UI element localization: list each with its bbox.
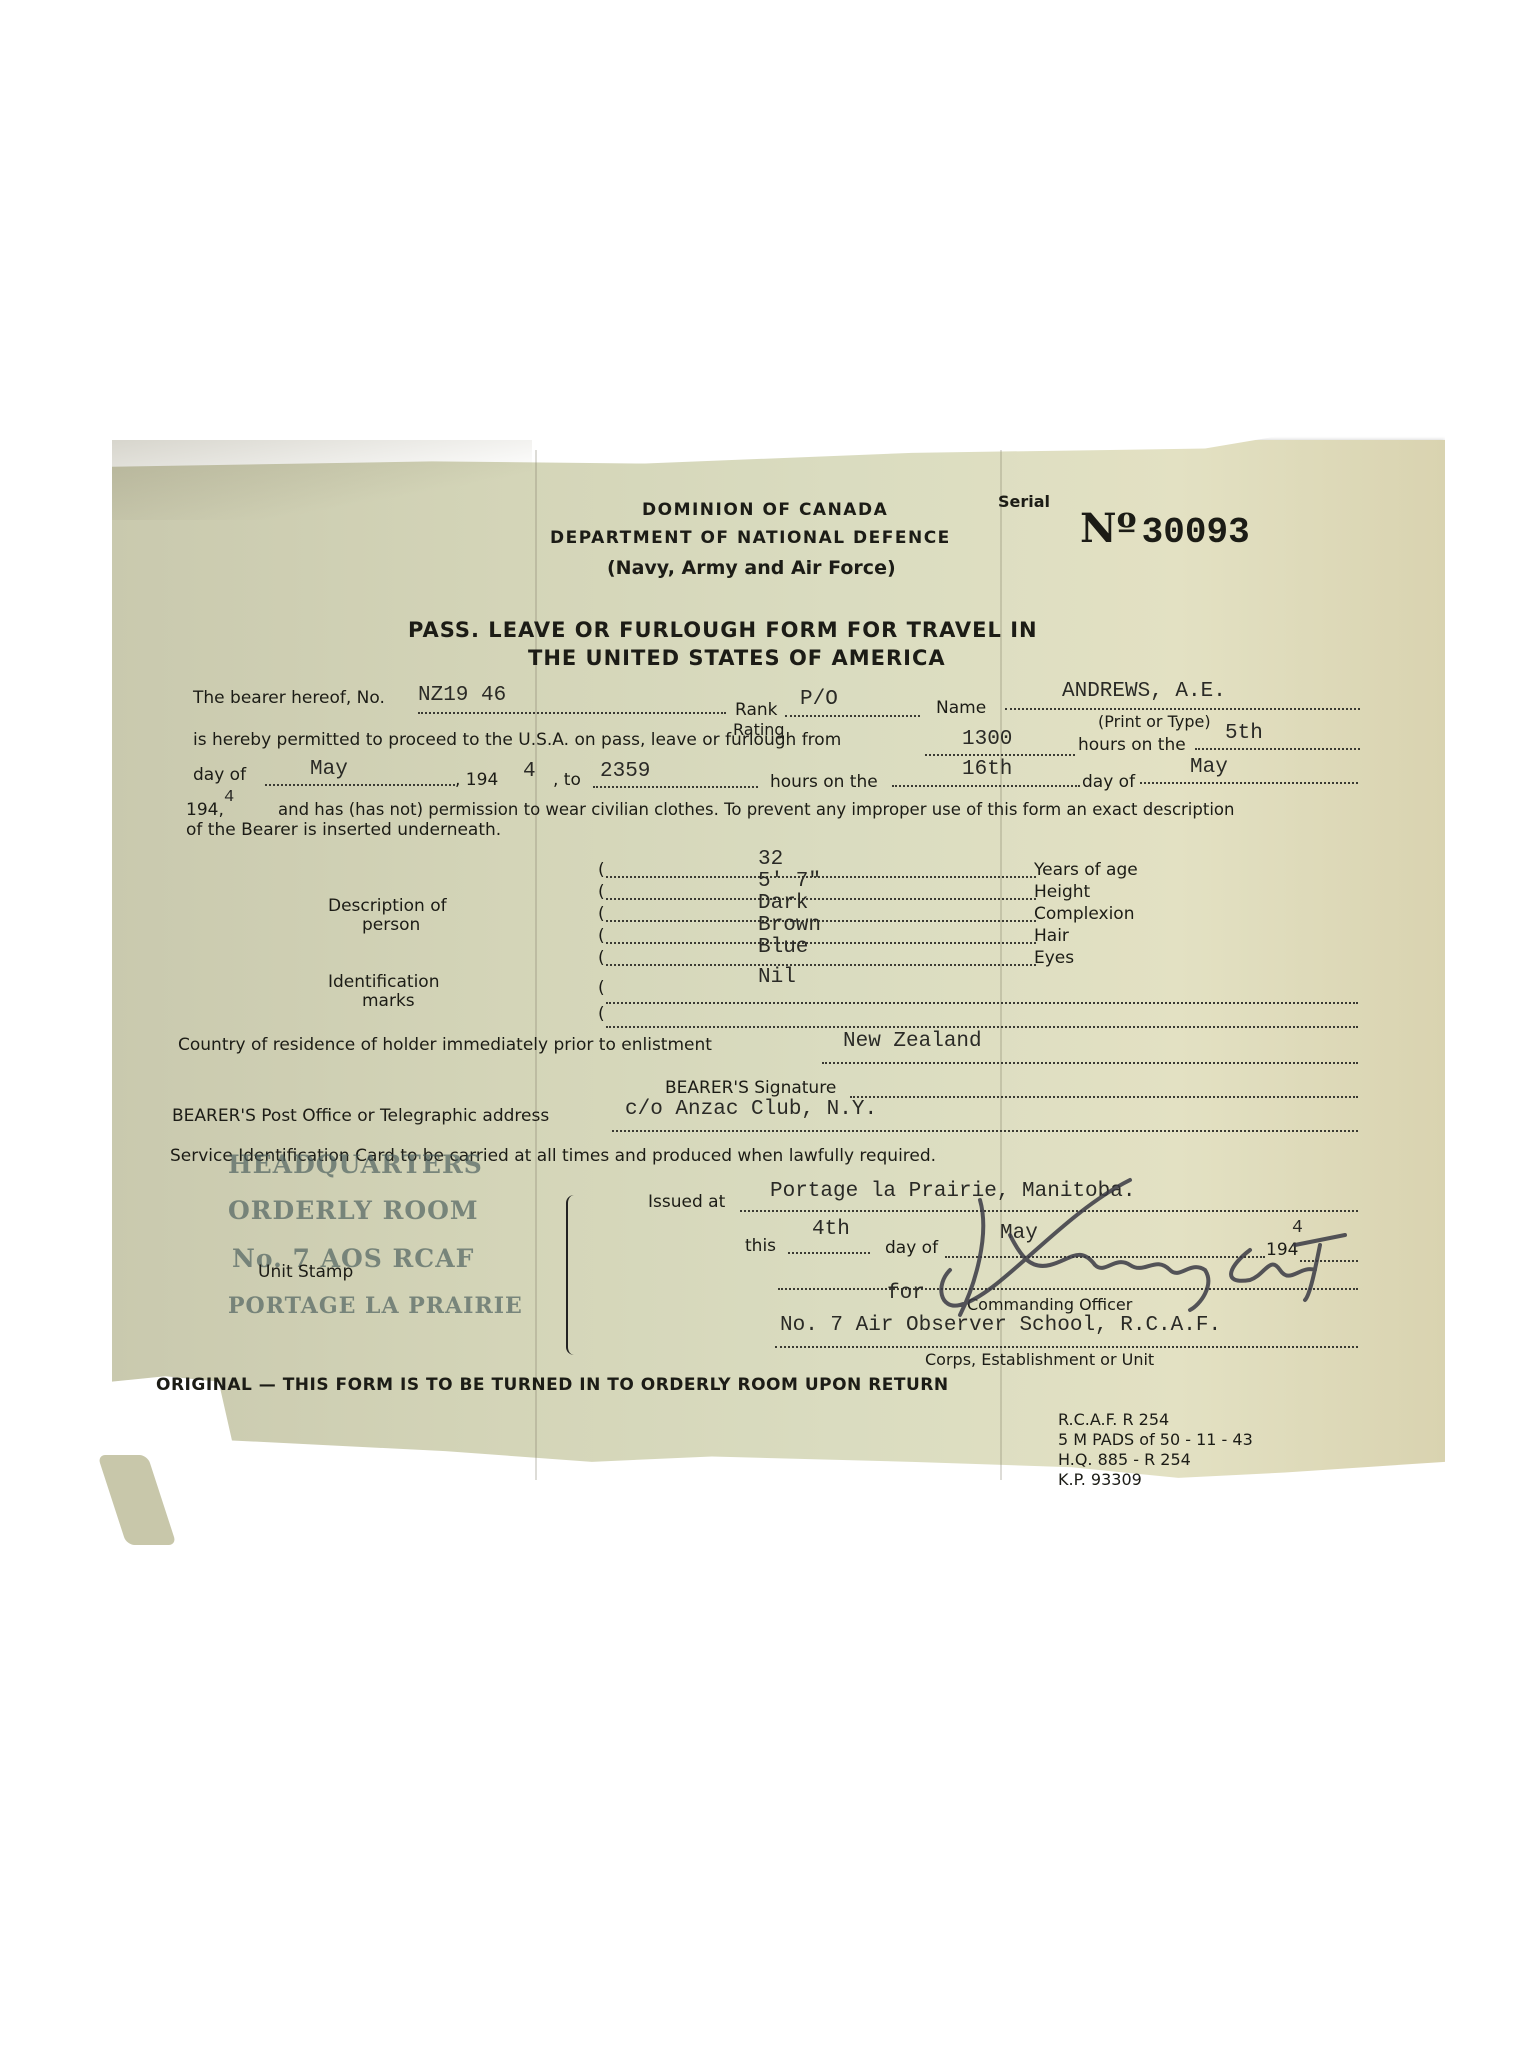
hair-value: Brown <box>758 914 821 937</box>
form-code: K.P. 93309 <box>1058 1470 1253 1490</box>
form-title-line1: PASS. LEAVE OR FURLOUGH FORM FOR TRAVEL … <box>408 618 1038 642</box>
bearer-inserted-text: of the Bearer is inserted underneath. <box>186 820 501 840</box>
stamp-bracket <box>566 1195 580 1355</box>
bearer-signature-label: BEARER'S Signature <box>665 1078 836 1098</box>
header-dominion: DOMINION OF CANADA <box>642 500 888 520</box>
name-value: ANDREWS, A.E. <box>1062 680 1226 703</box>
serial-number-block: Nº 30093 <box>1080 505 1250 553</box>
issue-day-value: 4th <box>812 1218 850 1241</box>
id-marks-label-1: Identification <box>328 972 439 992</box>
hair-label: Hair <box>1034 926 1069 946</box>
bearer-no-label: The bearer hereof, No. <box>193 688 385 708</box>
id-marks-value: Nil <box>758 966 796 989</box>
year-prefix: , 194 <box>455 770 498 790</box>
civilian-clothes-text: and has (has not) permission to wear civ… <box>278 800 1234 819</box>
day-of-label-2: day of <box>1082 772 1135 792</box>
height-value: 5' 7" <box>758 870 821 893</box>
stamp-line1: HEADQUARTERS <box>228 1150 483 1179</box>
to-month: May <box>1190 756 1228 779</box>
torn-corner <box>97 1455 176 1545</box>
issued-at-label: Issued at <box>648 1192 725 1212</box>
eyes-value: Blue <box>758 936 808 959</box>
form-codes: R.C.A.F. R 254 5 M PADS of 50 - 11 - 43 … <box>1058 1410 1253 1490</box>
description-label-2: person <box>362 915 420 935</box>
to-year-digit: 4 <box>224 788 234 807</box>
id-marks-line-2 <box>606 1026 1358 1028</box>
name-label: Name <box>936 698 986 718</box>
bearer-no-value: NZ19 46 <box>418 684 506 707</box>
form-title-line2: THE UNITED STATES OF AMERICA <box>528 646 946 670</box>
from-hours: 1300 <box>962 728 1012 751</box>
to-day: 16th <box>962 758 1012 781</box>
from-hours-line <box>925 754 1075 756</box>
to-month-line <box>1140 782 1358 784</box>
serial-label: Serial <box>998 492 1050 511</box>
this-label: this <box>745 1236 776 1256</box>
name-line <box>1005 708 1360 710</box>
eyes-label: Eyes <box>1034 948 1074 968</box>
form-code: H.Q. 885 - R 254 <box>1058 1450 1253 1470</box>
address-line <box>612 1130 1358 1132</box>
header-department: DEPARTMENT OF NATIONAL DEFENCE <box>550 528 951 548</box>
stamp-line2: ORDERLY ROOM <box>228 1196 479 1225</box>
serial-number: 30093 <box>1142 512 1250 553</box>
bearer-signature-line <box>850 1096 1358 1098</box>
to-hours-line <box>593 786 758 788</box>
rank-line <box>785 715 920 717</box>
address-value: c/o Anzac Club, N.Y. <box>625 1098 877 1121</box>
id-marks-line <box>606 1002 1358 1004</box>
fold-line <box>535 450 537 1480</box>
to-hours: 2359 <box>600 760 650 783</box>
number-sign: Nº <box>1080 505 1137 552</box>
issue-day-line <box>788 1252 870 1254</box>
unit-stamp-label: Unit Stamp <box>258 1262 353 1282</box>
unit-label: Corps, Establishment or Unit <box>925 1350 1154 1369</box>
from-day: 5th <box>1225 722 1263 745</box>
year-prefix-2: 194, <box>186 800 224 820</box>
id-marks-label-2: marks <box>362 991 415 1011</box>
header-services: (Navy, Army and Air Force) <box>607 557 896 579</box>
form-code: R.C.A.F. R 254 <box>1058 1410 1253 1430</box>
return-notice: ORIGINAL — THIS FORM IS TO BE TURNED IN … <box>156 1375 949 1395</box>
description-label-1: Description of <box>328 896 447 916</box>
from-year-digit: 4 <box>523 760 536 783</box>
residence-line <box>822 1062 1358 1064</box>
permission-text: is hereby permitted to proceed to the U.… <box>193 730 841 750</box>
complexion-label: Complexion <box>1034 904 1134 924</box>
bearer-no-line <box>418 712 726 714</box>
complexion-value: Dark <box>758 892 808 915</box>
stamp-line4: PORTAGE LA PRAIRIE <box>228 1293 523 1319</box>
from-month-line <box>265 784 455 786</box>
commanding-officer-signature <box>920 1175 1360 1325</box>
address-label: BEARER'S Post Office or Telegraphic addr… <box>172 1106 549 1126</box>
to-label: , to <box>553 770 581 790</box>
eyes-line <box>606 964 1036 966</box>
hair-line <box>606 942 1036 944</box>
height-label: Height <box>1034 882 1090 902</box>
age-value: 32 <box>758 848 783 871</box>
unit-line <box>775 1346 1358 1348</box>
form-code: 5 M PADS of 50 - 11 - 43 <box>1058 1430 1253 1450</box>
print-or-type-hint: (Print or Type) <box>1098 712 1211 731</box>
residence-label: Country of residence of holder immediate… <box>178 1035 712 1055</box>
age-label: Years of age <box>1034 860 1138 880</box>
rank-value: P/O <box>800 688 838 711</box>
residence-value: New Zealand <box>843 1030 982 1053</box>
hours-on-the-label: hours on the <box>1078 735 1186 755</box>
hours-on-the-label-2: hours on the <box>770 772 878 792</box>
from-day-line <box>1195 748 1360 750</box>
height-line <box>606 898 1036 900</box>
to-day-line <box>892 785 1080 787</box>
rank-label: Rank <box>735 700 777 720</box>
from-month: May <box>310 758 348 781</box>
day-of-label: day of <box>193 765 246 785</box>
